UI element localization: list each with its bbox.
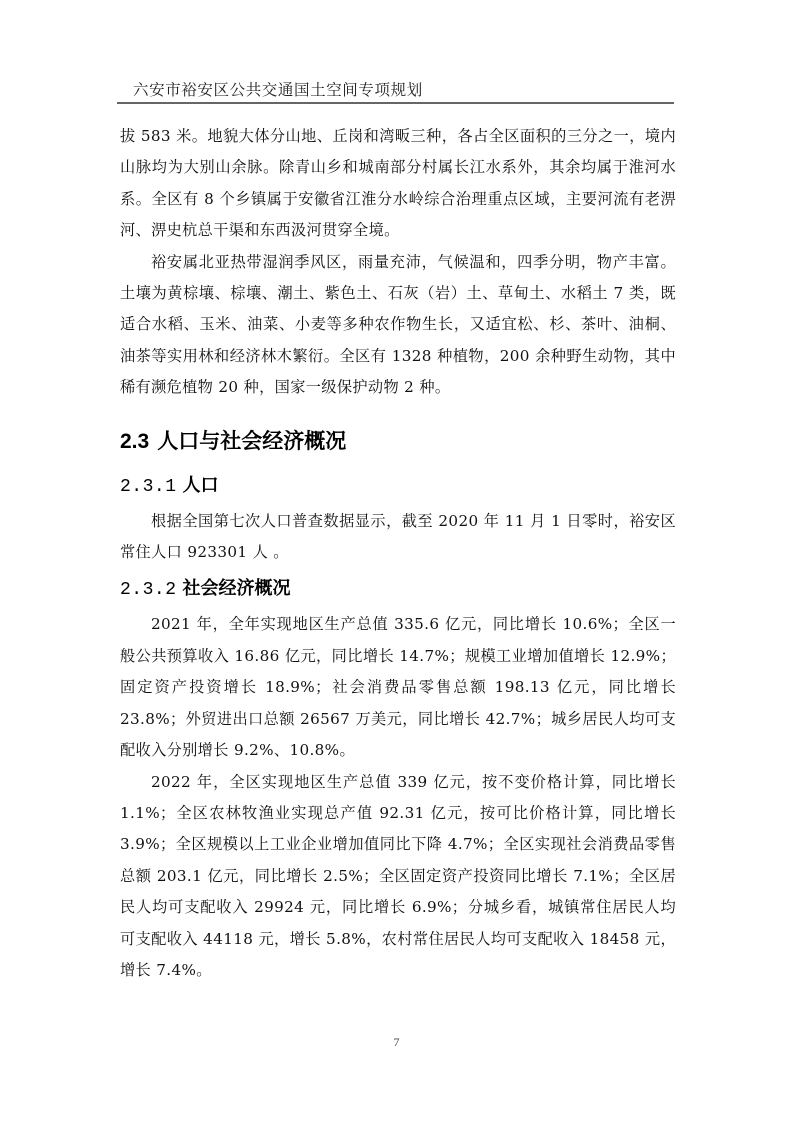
- paragraph-economy-2022: 2022 年，全区实现地区生产总值 339 亿元，按不变价格计算，同比增长 1.…: [120, 767, 676, 987]
- subsection-heading-2-3-2: 2.3.2社会经济概况: [120, 574, 676, 605]
- section-heading-2-3: 2.3人口与社会经济概况: [120, 426, 676, 457]
- page-header: 六安市裕安区公共交通国土空间专项规划: [117, 76, 674, 104]
- subsection-title: 社会经济概况: [183, 578, 291, 599]
- section-number: 2.3: [120, 430, 149, 453]
- paragraph-population: 根据全国第七次人口普查数据显示，截至 2020 年 11 月 1 日零时，裕安区…: [120, 506, 676, 569]
- document-title: 六安市裕安区公共交通国土空间专项规划: [133, 78, 423, 100]
- subsection-title: 人口: [183, 475, 219, 496]
- subsection-number: 2.3.1: [120, 477, 177, 497]
- section-title: 人口与社会经济概况: [157, 429, 346, 453]
- paragraph-terrain: 拔 583 米。地貌大体分山地、丘岗和湾畈三种，各占全区面积的三分之一，境内山脉…: [120, 121, 676, 247]
- subsection-heading-2-3-1: 2.3.1人口: [120, 471, 676, 502]
- paragraph-economy-2021: 2021 年，全年实现地区生产总值 335.6 亿元，同比增长 10.6%；全区…: [120, 609, 676, 766]
- page-content: 拔 583 米。地貌大体分山地、丘岗和湾畈三种，各占全区面积的三分之一，境内山脉…: [120, 121, 676, 986]
- subsection-number: 2.3.2: [120, 580, 177, 600]
- page-number: 7: [0, 1035, 793, 1050]
- paragraph-climate: 裕安属北亚热带湿润季风区，雨量充沛，气候温和，四季分明，物产丰富。土壤为黄棕壤、…: [120, 247, 676, 404]
